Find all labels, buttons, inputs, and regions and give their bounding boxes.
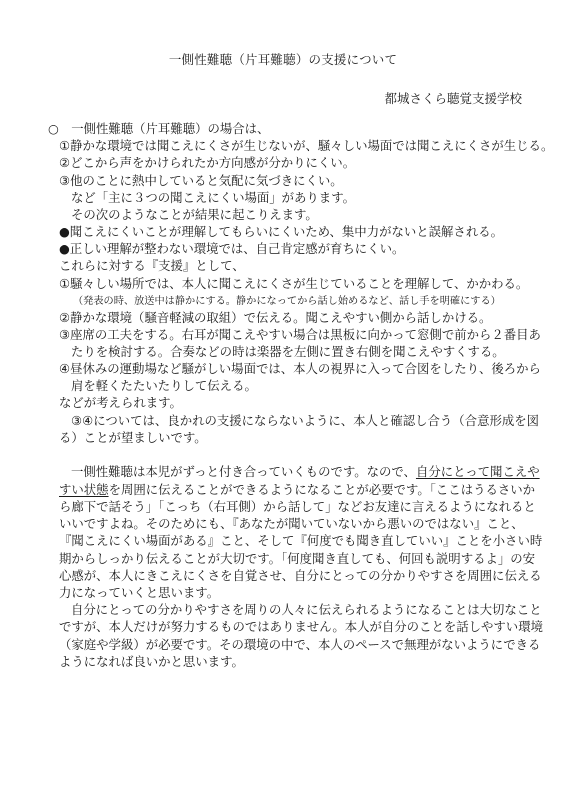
paragraph-line: （家庭や学級）が必要です。その環境の中で、本人のペースで無理がないようにできる xyxy=(59,637,540,653)
closing-text: などが考えられます。 xyxy=(59,395,182,411)
situation-item: ③他のことに熱中していると気配に気づきにくい。 xyxy=(59,173,343,189)
support-note: （発表の時、放送中は静かにする。静かになってから話し始めるなど、話し手を明確にす… xyxy=(73,294,501,310)
support-item: ③座席の工夫をする。右耳が聞こえやすい場合は黒板に向かって窓側で前から２番目あ xyxy=(59,327,541,343)
underlined-emphasis: 自分にとって聞こえや xyxy=(416,464,540,479)
section-heading: ○ 一側性難聴（片耳難聴）の場合は、 xyxy=(48,121,269,137)
support-item: ②静かな環境（騒音軽減の取組）で伝える。聞こえやすい側から話しかける。 xyxy=(59,310,491,326)
paragraph-line: 期からしっかり伝えることが大切です。「何度聞き直しても、何回も説明するよ」の安 xyxy=(59,551,535,567)
paragraph-line: 力になっていくと思います。 xyxy=(59,585,219,601)
school-name: 都城さくら聴覚支援学校 xyxy=(384,89,522,107)
paragraph-line: すい状態を周囲に伝えることができるようになることが必要です。「ここはうるさいか xyxy=(59,482,535,498)
paragraph-line: 『聞こえにくい場面がある』こと、そして『何度でも聞き直していい』ことを小さい時 xyxy=(59,533,542,549)
document-page: 一側性難聴（片耳難聴）の支援について 都城さくら聴覚支援学校 ○ 一側性難聴（片… xyxy=(0,0,566,800)
support-item-continued: たりを検討する。合奏などの時は楽器を左側に置き右側を聞こえやすくする。 xyxy=(71,344,505,360)
paragraph-line: 心感が、本人にきこえにくさを自覚させ、自分にとっての分かりやすさを周囲に伝える xyxy=(59,568,542,584)
document-title: 一側性難聴（片耳難聴）の支援について xyxy=(0,50,566,68)
closing-text: る）ことが望ましいです。 xyxy=(59,430,207,446)
support-item-continued: 肩を軽くたたいたりして伝える。 xyxy=(71,378,257,394)
situation-item: ①静かな環境では聞こえにくさが生じないが、騒々しい場面では聞こえにくさが生じる。 xyxy=(59,138,553,154)
paragraph-line: ですが、本人だけが努力するものではありません。本人が自分のことを話しやすい環境 xyxy=(59,619,543,635)
paragraph-text: 一側性難聴は本児がずっと付き合っていくものです。なので、 xyxy=(71,464,416,479)
closing-text: ③④については、良かれの支援にならないように、本人と確認し合う（合意形成を図 xyxy=(71,413,539,429)
paragraph-text: を周囲に伝えることができるようになることが必要です。「ここはうるさいか xyxy=(109,482,535,497)
paragraph-line: いいですよね。そのためにも、『あなたが聞いていないから悪いのではない』こと、 xyxy=(59,516,524,532)
situation-item: ②どこから声をかけられたか方向感が分かりにくい。 xyxy=(59,155,355,171)
support-item: ④昼休みの運動場など騒がしい場面では、本人の視界に入って合図をしたり、後ろから xyxy=(59,361,541,377)
paragraph-line: 自分にとっての分かりやすさを周りの人々に伝えられるようになることは大切なこと xyxy=(71,602,542,618)
summary-text: など「主に３つの聞こえにくい場面」があります。 xyxy=(71,190,355,206)
summary-text: その次のようなことが結果に起こりえます。 xyxy=(71,207,318,223)
support-item: ①騒々しい場所では、本人に聞こえにくさが生じていることを理解して、かかわる。 xyxy=(59,276,528,292)
underlined-emphasis: すい状態 xyxy=(59,482,109,497)
paragraph-line: ようになれば良いかと思います。 xyxy=(59,654,244,670)
paragraph-line: 一側性難聴は本児がずっと付き合っていくものです。なので、自分にとって聞こえや xyxy=(71,464,540,480)
paragraph-line: ら廊下で話そう」「こっち（右耳側）から話して」などお友達に言えるようになれると xyxy=(59,499,536,515)
support-intro: これらに対する『支援』として、 xyxy=(59,258,245,274)
consequence-item: ●聞こえにくいことが理解してもらいにくいため、集中力がないと誤解される。 xyxy=(59,224,503,240)
consequence-item: ●正しい理解が整わない環境では、自己肯定感が育ちにくい。 xyxy=(59,241,404,257)
